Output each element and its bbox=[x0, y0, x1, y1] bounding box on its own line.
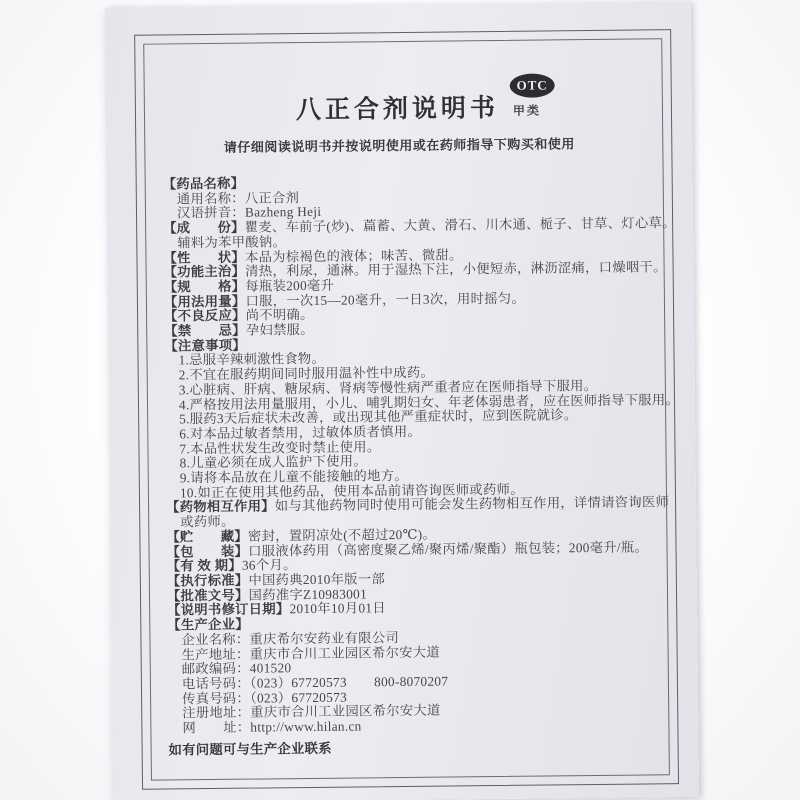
section-label: 【成 份】 bbox=[163, 220, 245, 236]
line-text: 口服，一次15—20毫升，一日3次，用时摇匀。 bbox=[245, 290, 525, 308]
section-label: 【不良反应】 bbox=[164, 308, 246, 324]
section-label: 【包 装】 bbox=[166, 543, 248, 559]
line-text: 或药师。 bbox=[180, 514, 235, 530]
line-text: 2010年10月01日 bbox=[289, 601, 386, 617]
line-text: 注册地址：重庆市合川工业园区希尔安大道 bbox=[182, 703, 440, 721]
leaflet-body: 【药品名称】通用名称：八正合剂汉语拼音：Bazheng Heji【成 份】瞿麦、… bbox=[163, 172, 669, 758]
section-label: 【用法用量】 bbox=[164, 293, 246, 309]
photo-background: 八正合剂说明书 OTC 甲类 请仔细阅读说明书并按说明使用或在药师指导下购买和使… bbox=[0, 0, 800, 800]
section-label: 【药物相互作用】 bbox=[166, 499, 275, 515]
line-text: 辅料为苯甲酸钠。 bbox=[177, 234, 286, 250]
line-text: 6.对本品过敏者禁用，过敏体质者慎用。 bbox=[179, 424, 421, 442]
section-label: 【说明书修订日期】 bbox=[167, 602, 290, 618]
leaflet-paper: 八正合剂说明书 OTC 甲类 请仔细阅读说明书并按说明使用或在药师指导下购买和使… bbox=[105, 2, 699, 800]
section-label: 【功能主治】 bbox=[164, 264, 246, 280]
section-label: 【贮 藏】 bbox=[166, 528, 248, 544]
section-label: 【执行标准】 bbox=[167, 573, 249, 589]
section-label: 【药品名称】 bbox=[163, 176, 245, 192]
section-label: 【有 效 期】 bbox=[167, 558, 242, 574]
section-label: 【性 状】 bbox=[163, 249, 245, 265]
section-label: 【生产企业】 bbox=[167, 617, 249, 633]
line-text: 36个月。 bbox=[242, 557, 297, 573]
line-text: 邮政编码：401520 bbox=[182, 660, 292, 676]
line-text: 网 址：http://www.hilan.cn bbox=[182, 718, 361, 735]
otc-class-label: 甲类 bbox=[513, 102, 541, 119]
section-label: 【禁 忌】 bbox=[164, 323, 246, 339]
leaflet-title: 八正合剂说明书 bbox=[296, 88, 499, 126]
line-text: 如有问题可与生产企业联系 bbox=[169, 740, 332, 757]
line-text: 尚不明确。 bbox=[246, 307, 314, 323]
section-label: 【规 格】 bbox=[164, 279, 246, 295]
otc-label: OTC bbox=[517, 77, 548, 92]
leaflet-line: 网 址：http://www.hilan.cn bbox=[168, 716, 668, 736]
line-text: 每瓶装200毫升 bbox=[245, 278, 334, 294]
line-text: 孕妇禁服。 bbox=[246, 322, 314, 338]
line-text: 生产地址：重庆市合川工业园区希尔安大道 bbox=[182, 644, 440, 662]
